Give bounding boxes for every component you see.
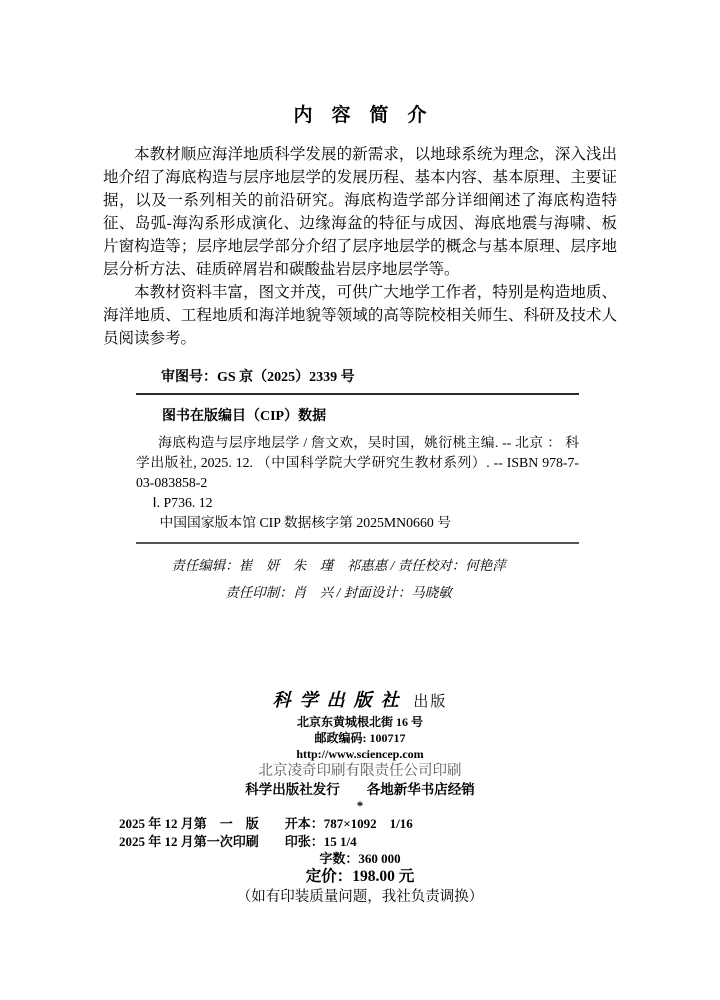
asterisk-separator: *: [0, 799, 720, 812]
content-summary-title: 内 容 简 介: [103, 100, 617, 127]
printing-line: 2025 年 12 月第一次印刷 印张：15 1/4: [119, 833, 720, 851]
edition-line: 2025 年 12 月第 一 版 开本：787×1092 1/16: [119, 815, 720, 833]
cip-record: 海底构造与层序地层学 / 詹文欢，吴时国，姚衍桃主编. -- 北京 ： 科学出版…: [136, 433, 579, 493]
edition-info-block: 2025 年 12 月第 一 版 开本：787×1092 1/16 2025 年…: [0, 815, 720, 850]
cip-registration-number: 中国国家版本馆 CIP 数据核字第 2025MN0660 号: [159, 513, 579, 533]
publisher-website: http://www.sciencep.com: [0, 746, 720, 762]
word-count: 字数：360 000: [0, 850, 720, 867]
publisher-postcode: 邮政编码: 100717: [0, 730, 720, 746]
publication-info-section: 审图号：GS 京（2025）2339 号 图书在版编目（CIP）数据 海底构造与…: [136, 366, 579, 606]
summary-paragraph-1: 本教材顺应海洋地质科学发展的新需求，以地球系统为理念，深入浅出地介绍了海底构造与…: [103, 143, 617, 281]
copyright-page: 内 容 简 介 本教材顺应海洋地质科学发展的新需求，以地球系统为理念，深入浅出地…: [0, 0, 720, 1000]
publisher-label: 出版: [408, 694, 448, 710]
credits-editors-line: 责任编辑：崔 妍 朱 瑾 祁惠惠 / 责任校对：何艳萍: [136, 552, 541, 579]
divider: [136, 542, 579, 544]
printing-company: 北京凌奇印刷有限责任公司印刷: [0, 762, 720, 781]
science-press-logo: 科学出版社: [273, 690, 408, 710]
publisher-colophon: 科学出版社 出版 北京东黄城根北街 16 号 邮政编码: 100717 http…: [0, 688, 720, 908]
cip-classification: Ⅰ. P736. 12: [153, 493, 579, 513]
quality-guarantee-note: （如有印装质量问题，我社负责调换）: [0, 887, 720, 908]
cip-header: 图书在版编目（CIP）数据: [136, 405, 579, 425]
price: 定价：198.00 元: [0, 867, 720, 887]
publisher-logo-line: 科学出版社 出版: [0, 688, 720, 714]
distribution-line: 科学出版社发行 各地新华书店经销: [0, 781, 720, 799]
content-summary-section: 内 容 简 介 本教材顺应海洋地质科学发展的新需求，以地球系统为理念，深入浅出地…: [103, 100, 617, 350]
map-review-number: 审图号：GS 京（2025）2339 号: [136, 366, 579, 395]
publisher-address: 北京东黄城根北街 16 号: [0, 714, 720, 730]
credits-printing-design-line: 责任印制：肖 兴 / 封面设计：马晓敏: [136, 579, 541, 606]
summary-paragraph-2: 本教材资料丰富，图文并茂，可供广大地学工作者，特别是构造地质、海洋地质、工程地质…: [103, 281, 617, 350]
editorial-credits: 责任编辑：崔 妍 朱 瑾 祁惠惠 / 责任校对：何艳萍 责任印制：肖 兴 / 封…: [136, 552, 541, 606]
